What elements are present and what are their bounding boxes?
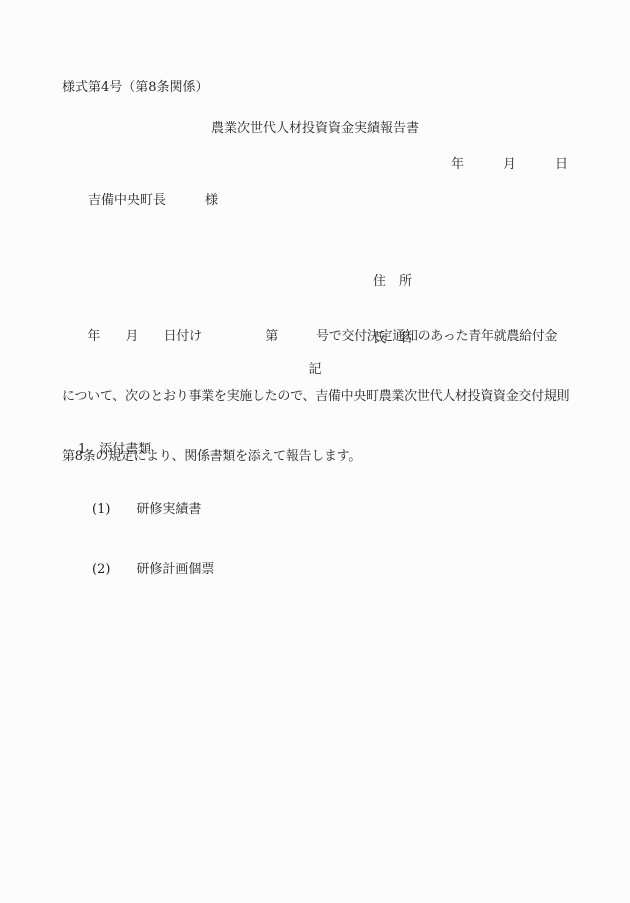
addressee-line: 吉備中央町長 様 xyxy=(88,193,218,209)
attachments-heading: 1 添付書類 xyxy=(78,440,214,460)
attachments-section: 1 添付書類 (1) 研修実績書 (2) 研修計画個票 xyxy=(78,400,214,620)
attachment-item-1: (1) 研修実績書 xyxy=(78,500,214,520)
paragraph-line-1: 年 月 日付け 第 号で交付決定通知のあった青年就農給付金 xyxy=(62,327,582,347)
attachment-item-2: (2) 研修計画個票 xyxy=(78,560,214,580)
document-page: 様式第4号（第8条関係） 農業次世代人材投資資金実績報告書 年 月 日 吉備中央… xyxy=(0,0,630,903)
form-number: 様式第4号（第8条関係） xyxy=(62,80,209,96)
date-line: 年 月 日 xyxy=(451,157,568,173)
ki-heading: 記 xyxy=(0,362,630,378)
page-title: 農業次世代人材投資資金実績報告書 xyxy=(0,121,630,137)
